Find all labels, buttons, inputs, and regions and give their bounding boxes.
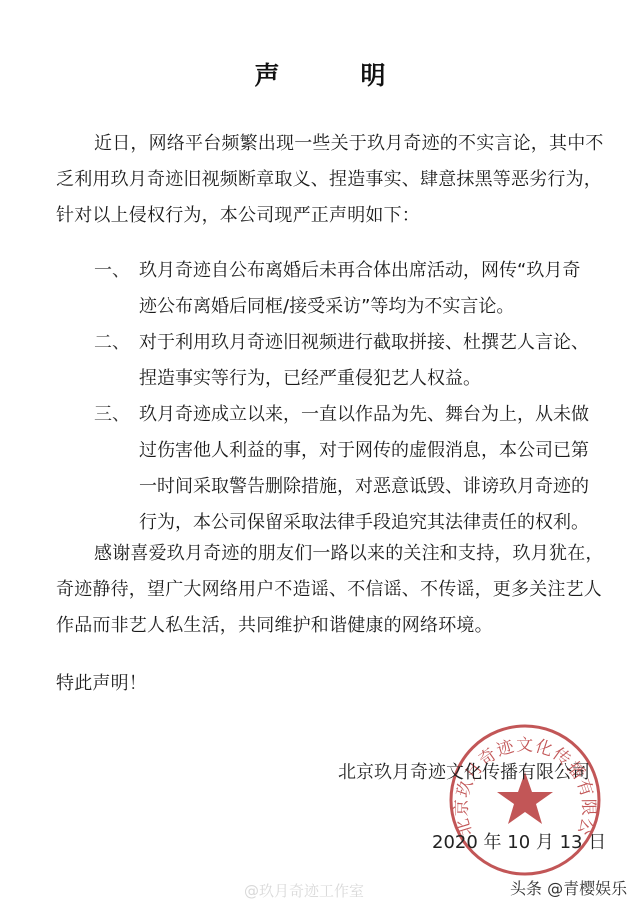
toutiao-watermark: 头条 @青樱娱乐	[510, 876, 627, 899]
company-seal-icon: 北京玖月奇迹文化传播有限公司	[445, 720, 605, 880]
closing-line: 奇迹静待，望广大网络用户不造谣、不信谣、不传谣，更多关注艺人	[56, 572, 586, 608]
hereby-text: 特此声明！	[56, 666, 586, 702]
statement-item-2: 二、 对于利用玖月奇迹旧视频进行截取拼接、杜撰艺人言论、 捏造事实等行为，已经严…	[94, 325, 594, 397]
closing-line: 感谢喜爱玖月奇迹的朋友们一路以来的关注和支持，玖月犹在，	[56, 536, 586, 572]
item-line: 玖月奇迹自公布离婚后未再合体出席活动，网传“玖月奇	[139, 253, 580, 289]
statement-item-3: 三、 玖月奇迹成立以来，一直以作品为先、舞台为上，从未做 过伤害他人利益的事，对…	[94, 397, 594, 541]
statement-date: 2020 年 10 月 13 日	[432, 828, 606, 854]
company-signature: 北京玖月奇迹文化传播有限公司	[338, 758, 590, 784]
hereby-statement: 特此声明！	[56, 666, 586, 702]
document-title: 声 明	[0, 56, 640, 92]
item-line: 玖月奇迹成立以来，一直以作品为先、舞台为上，从未做	[139, 397, 589, 433]
item-line: 迹公布离婚后同框/接受采访”等均为不实言论。	[139, 289, 580, 325]
intro-line: 针对以上侵权行为，本公司现严正声明如下：	[56, 198, 586, 234]
weibo-watermark: @玖月奇迹工作室	[244, 880, 364, 901]
item-line: 过伤害他人利益的事，对于网传的虚假消息，本公司已第	[139, 433, 589, 469]
closing-line: 作品而非艺人私生活，共同维护和谐健康的网络环境。	[56, 608, 586, 644]
item-line: 对于利用玖月奇迹旧视频进行截取拼接、杜撰艺人言论、	[139, 325, 589, 361]
list-marker: 三、	[94, 397, 139, 541]
list-marker: 一、	[94, 253, 139, 325]
statement-item-1: 一、 玖月奇迹自公布离婚后未再合体出席活动，网传“玖月奇 迹公布离婚后同框/接受…	[94, 253, 594, 325]
item-line: 一时间采取警告删除措施，对恶意诋毁、诽谤玖月奇迹的	[139, 469, 589, 505]
item-line: 捏造事实等行为，已经严重侵犯艺人权益。	[139, 361, 589, 397]
closing-paragraph: 感谢喜爱玖月奇迹的朋友们一路以来的关注和支持，玖月犹在， 奇迹静待，望广大网络用…	[56, 536, 586, 644]
list-marker: 二、	[94, 325, 139, 397]
intro-line: 近日，网络平台频繁出现一些关于玖月奇迹的不实言论，其中不	[56, 126, 586, 162]
intro-paragraph: 近日，网络平台频繁出现一些关于玖月奇迹的不实言论，其中不 乏利用玖月奇迹旧视频断…	[56, 126, 586, 234]
intro-line: 乏利用玖月奇迹旧视频断章取义、捏造事实、肆意抹黑等恶劣行为，	[56, 162, 586, 198]
statement-list: 一、 玖月奇迹自公布离婚后未再合体出席活动，网传“玖月奇 迹公布离婚后同框/接受…	[94, 253, 594, 541]
